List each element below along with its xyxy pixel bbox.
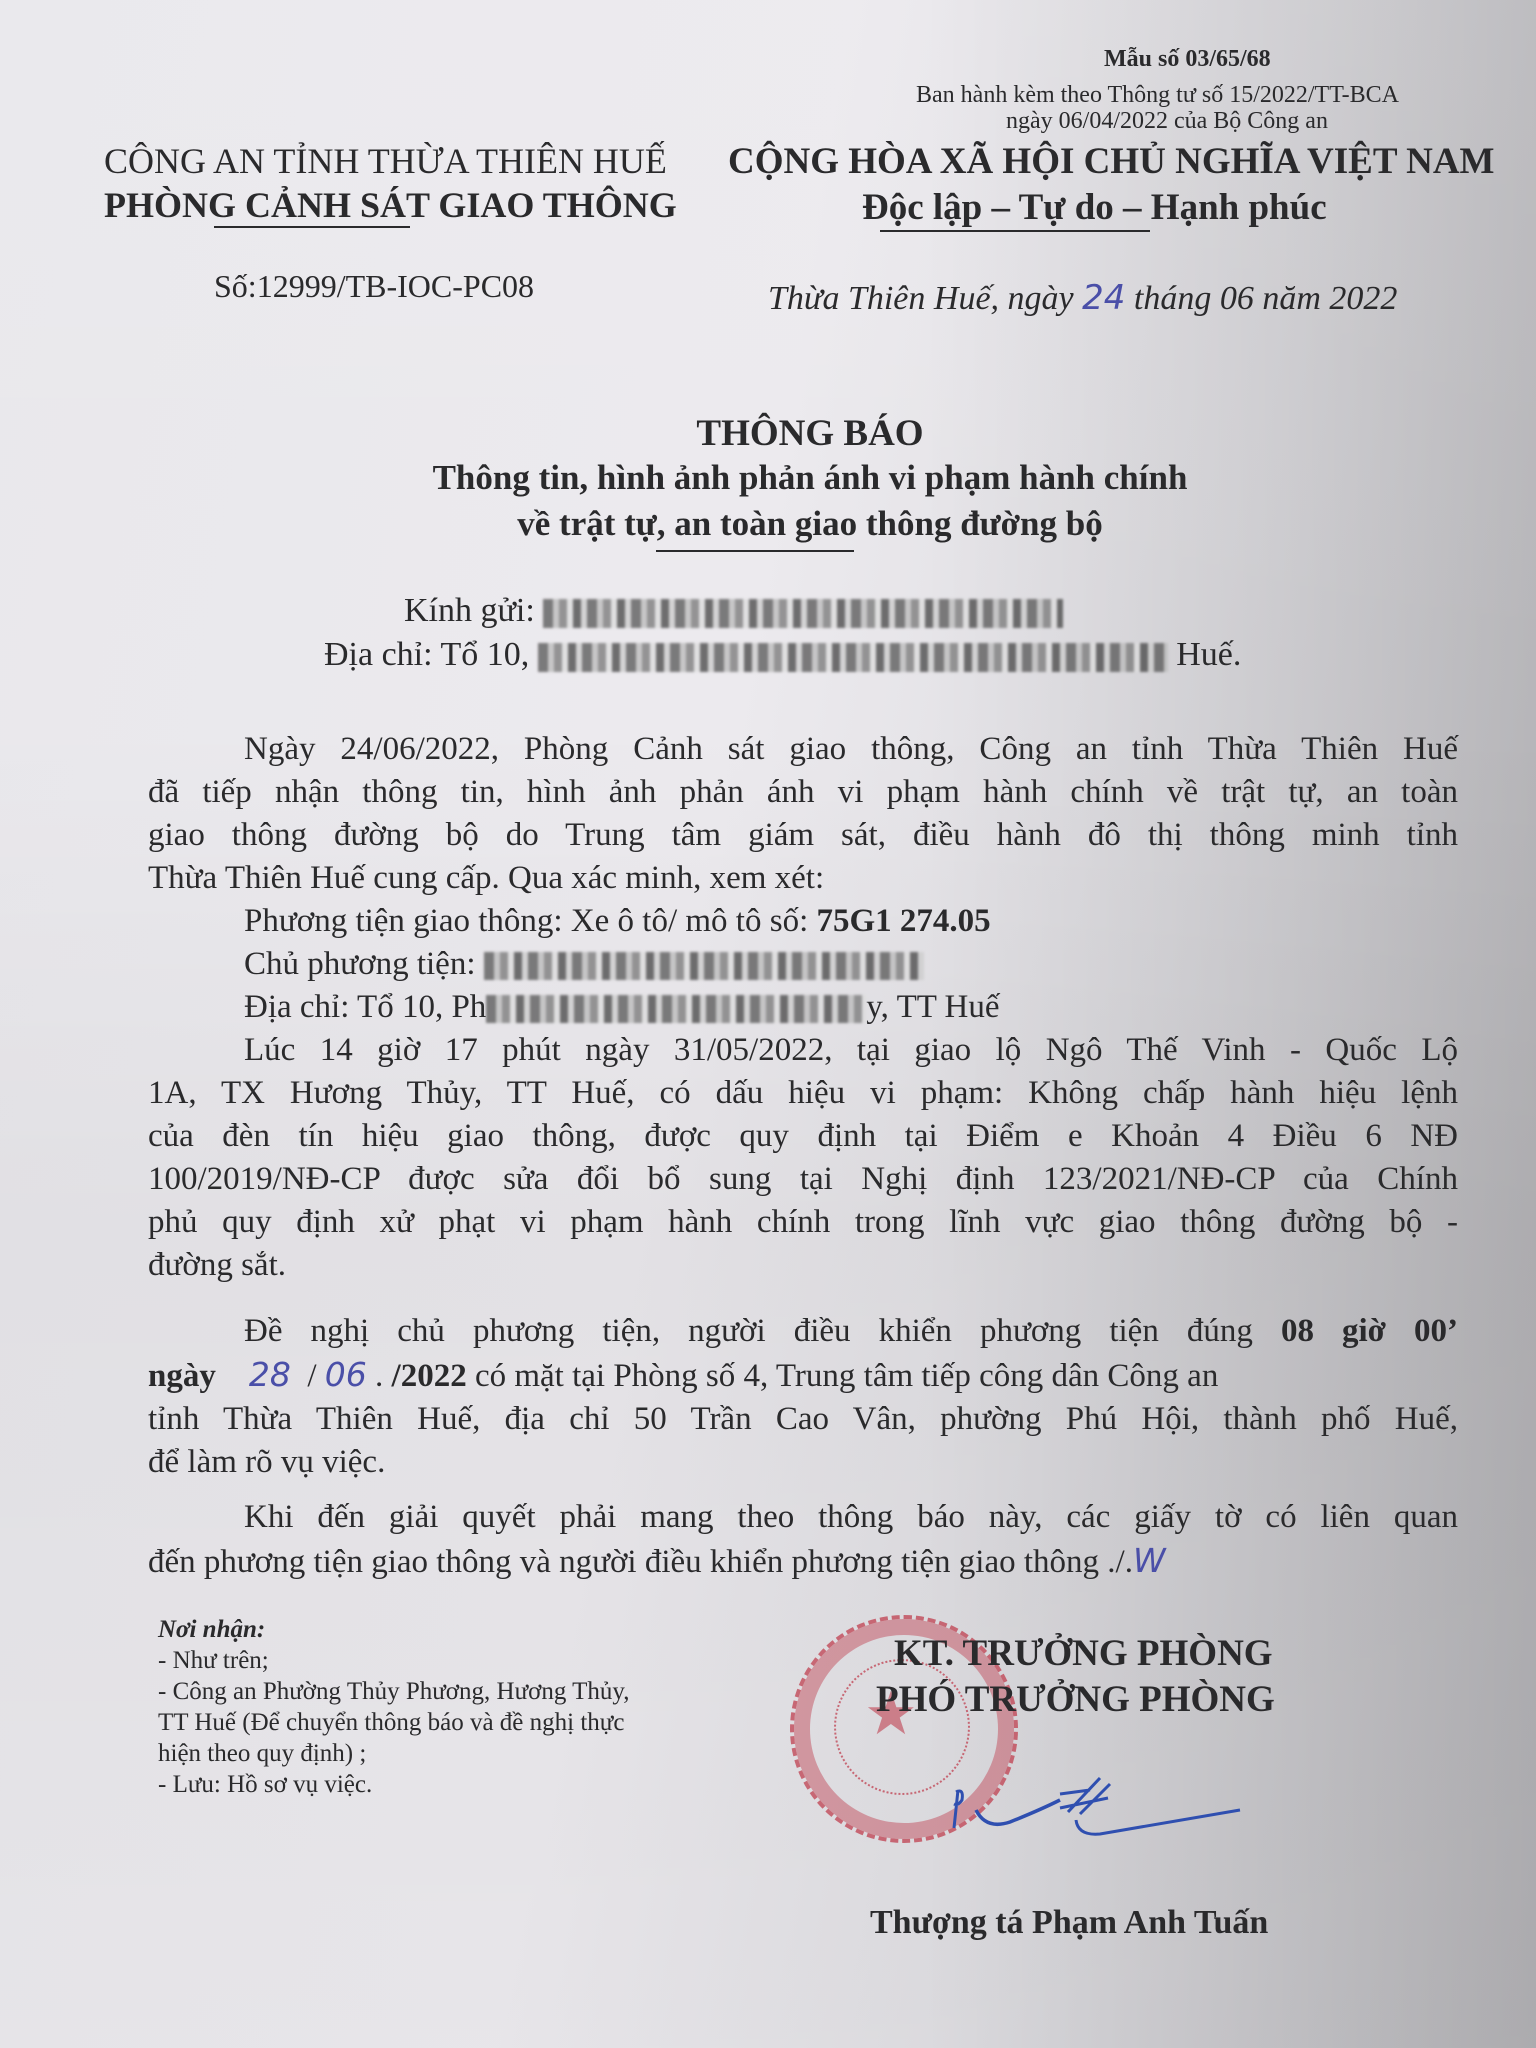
body-paragraph-2: Lúc 14 giờ 17 phút ngày 31/05/2022, tại … [148,1029,1458,1287]
signature-title-2: PHÓ TRƯỞNG PHÒNG [876,1678,1275,1721]
recipients-title: Nơi nhận: [158,1614,630,1645]
recipient-item: - Như trên; [158,1645,630,1676]
signature-scribble-icon [950,1770,1250,1860]
date-suffix: tháng 06 năm 2022 [1134,280,1398,317]
body-paragraph-4: Khi đến giải quyết phải mang theo thông … [148,1496,1458,1584]
signer-name: Thượng tá Phạm Anh Tuấn [870,1904,1268,1942]
redacted-recipient-address [538,643,1168,672]
recipient-item: TT Huế (Để chuyển thông báo và đề nghị t… [158,1707,630,1738]
appointment-day-handwritten: 28 [249,1355,291,1394]
body-line: Khi đến giải quyết phải mang theo thông … [148,1496,1458,1539]
doc-title: THÔNG BÁO [0,412,1536,455]
vehicle-plate: 75G1 274.05 [817,903,991,939]
vehicle-line: Phương tiện giao thông: Xe ô tô/ mô tô s… [148,900,1458,943]
appointment-time: 08 giờ 00’ [1281,1313,1458,1349]
redacted-recipient-name [543,599,1063,628]
body-line: của đèn tín hiệu giao thông, được quy đị… [148,1115,1458,1158]
appointment-year: /2022 [392,1358,467,1394]
body-line: để làm rõ vụ việc. [148,1441,1458,1484]
vehicle-label: Phương tiện giao thông: Xe ô tô/ mô tô s… [244,903,808,939]
closing-text: đến phương tiện giao thông và người điều… [148,1544,1133,1580]
doc-subtitle-2: về trật tự, an toàn giao thông đường bộ [0,504,1536,544]
body-line: đã tiếp nhận thông tin, hình ảnh phản án… [148,771,1458,814]
form-issued-date: ngày 06/04/2022 của Bộ Công an [1006,108,1328,135]
handwritten-initial: W [1133,1541,1166,1580]
body-line: tỉnh Thừa Thiên Huế, địa chỉ 50 Trần Cao… [148,1398,1458,1441]
owner-line: Chủ phương tiện: [148,943,1458,986]
recipient-item: hiện theo quy định) ; [158,1738,630,1769]
recipient-address-end: Huế. [1176,636,1241,673]
owner-address-mid: y, [866,989,889,1025]
recipient-label: Kính gửi: [404,592,535,629]
agency-department: PHÒNG CẢNH SÁT GIAO THÔNG [104,184,677,226]
recipients-block: Nơi nhận: - Như trên; - Công an Phường T… [158,1614,630,1800]
date-separator: / [307,1358,316,1394]
body-paragraph-3: Đề nghị chủ phương tiện, người điều khiể… [148,1310,1458,1484]
owner-label: Chủ phương tiện: [244,946,476,982]
body-line: Thừa Thiên Huế cung cấp. Qua xác minh, x… [148,857,1458,900]
doc-subtitle-1: Thông tin, hình ảnh phản ánh vi phạm hàn… [0,458,1536,498]
recipient-address-label: Địa chỉ: Tổ 10, [324,636,529,673]
body-paragraph-1: Ngày 24/06/2022, Phòng Cảnh sát giao thô… [148,728,1458,1029]
body-line: phủ quy định xử phạt vi phạm hành chính … [148,1201,1458,1244]
recipient-item: - Công an Phường Thủy Phương, Hương Thủy… [158,1676,630,1707]
redacted-owner-address [486,995,866,1023]
body-line: 1A, TX Hương Thủy, TT Huế, có dấu hiệu v… [148,1072,1458,1115]
body-line: Ngày 24/06/2022, Phòng Cảnh sát giao thô… [148,728,1458,771]
recipient-line: Kính gửi: [404,592,1063,630]
doc-number: Số:12999/TB-IOC-PC08 [214,268,534,305]
owner-address-label: Địa chỉ: Tổ 10, Ph [244,989,486,1025]
agency-underline [214,226,410,228]
owner-address-end: TT Huế [897,989,1000,1025]
date-prefix: Thừa Thiên Huế, ngày [768,280,1074,317]
appointment-month-handwritten: 06 [325,1355,367,1394]
appointment-date-line: ngày 28 / 06 . /2022 có mặt tại Phòng số… [148,1353,1458,1398]
agency-parent: CÔNG AN TỈNH THỪA THIÊN HUẾ [104,140,667,182]
owner-address-line: Địa chỉ: Tổ 10, Phy, TT Huế [148,986,1458,1029]
redacted-owner-name [484,952,924,980]
body-line: Lúc 14 giờ 17 phút ngày 31/05/2022, tại … [148,1029,1458,1072]
appointment-location: có mặt tại Phòng số 4, Trung tâm tiếp cô… [475,1358,1218,1394]
body-line: đến phương tiện giao thông và người điều… [148,1539,1458,1584]
date-line: Thừa Thiên Huế, ngày 24 tháng 06 năm 202… [768,278,1397,318]
title-underline [656,550,854,552]
body-line: giao thông đường bộ do Trung tâm giám sá… [148,814,1458,857]
date-day-handwritten: 24 [1082,278,1125,318]
national-motto: Độc lập – Tự do – Hạnh phúc [862,186,1327,229]
recipient-item: - Lưu: Hồ sơ vụ việc. [158,1769,630,1800]
form-issued-with: Ban hành kèm theo Thông tư số 15/2022/TT… [916,82,1399,109]
body-line: 100/2019/NĐ-CP được sửa đổi bổ sung tại … [148,1158,1458,1201]
national-title: CỘNG HÒA XÃ HỘI CHỦ NGHĨA VIỆT NAM [728,140,1494,183]
appointment-date-label: ngày [148,1358,216,1394]
motto-underline [880,230,1150,232]
form-number: Mẫu số 03/65/68 [1104,46,1271,73]
signature-title-1: KT. TRƯỞNG PHÒNG [894,1632,1273,1675]
recipient-address-line: Địa chỉ: Tổ 10, Huế. [324,636,1241,674]
body-line: đường sắt. [148,1244,1458,1287]
appointment-request: Đề nghị chủ phương tiện, người điều khiể… [244,1313,1253,1349]
body-line: Đề nghị chủ phương tiện, người điều khiể… [148,1310,1458,1353]
